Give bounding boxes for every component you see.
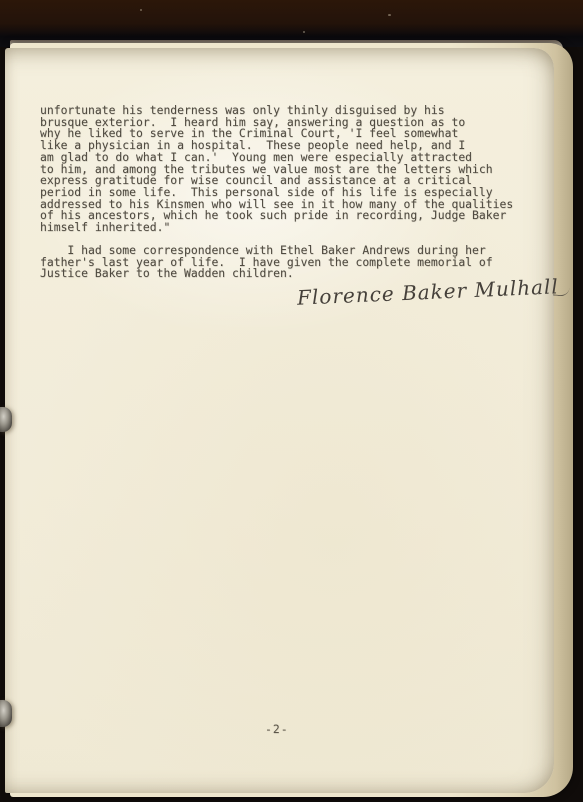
dust-speck [140, 9, 142, 11]
dust-speck [388, 14, 391, 16]
binding-post-bottom [0, 700, 12, 727]
dust-speck [303, 31, 305, 33]
typed-paragraph-1: unfortunate his tenderness was only thin… [40, 105, 513, 234]
scanned-document-photo: unfortunate his tenderness was only thin… [0, 0, 583, 802]
binding-post-top [0, 407, 12, 432]
document-page: unfortunate his tenderness was only thin… [5, 48, 554, 793]
page-number: -2- [265, 724, 289, 736]
typed-paragraph-2: I had some correspondence with Ethel Bak… [40, 245, 493, 280]
